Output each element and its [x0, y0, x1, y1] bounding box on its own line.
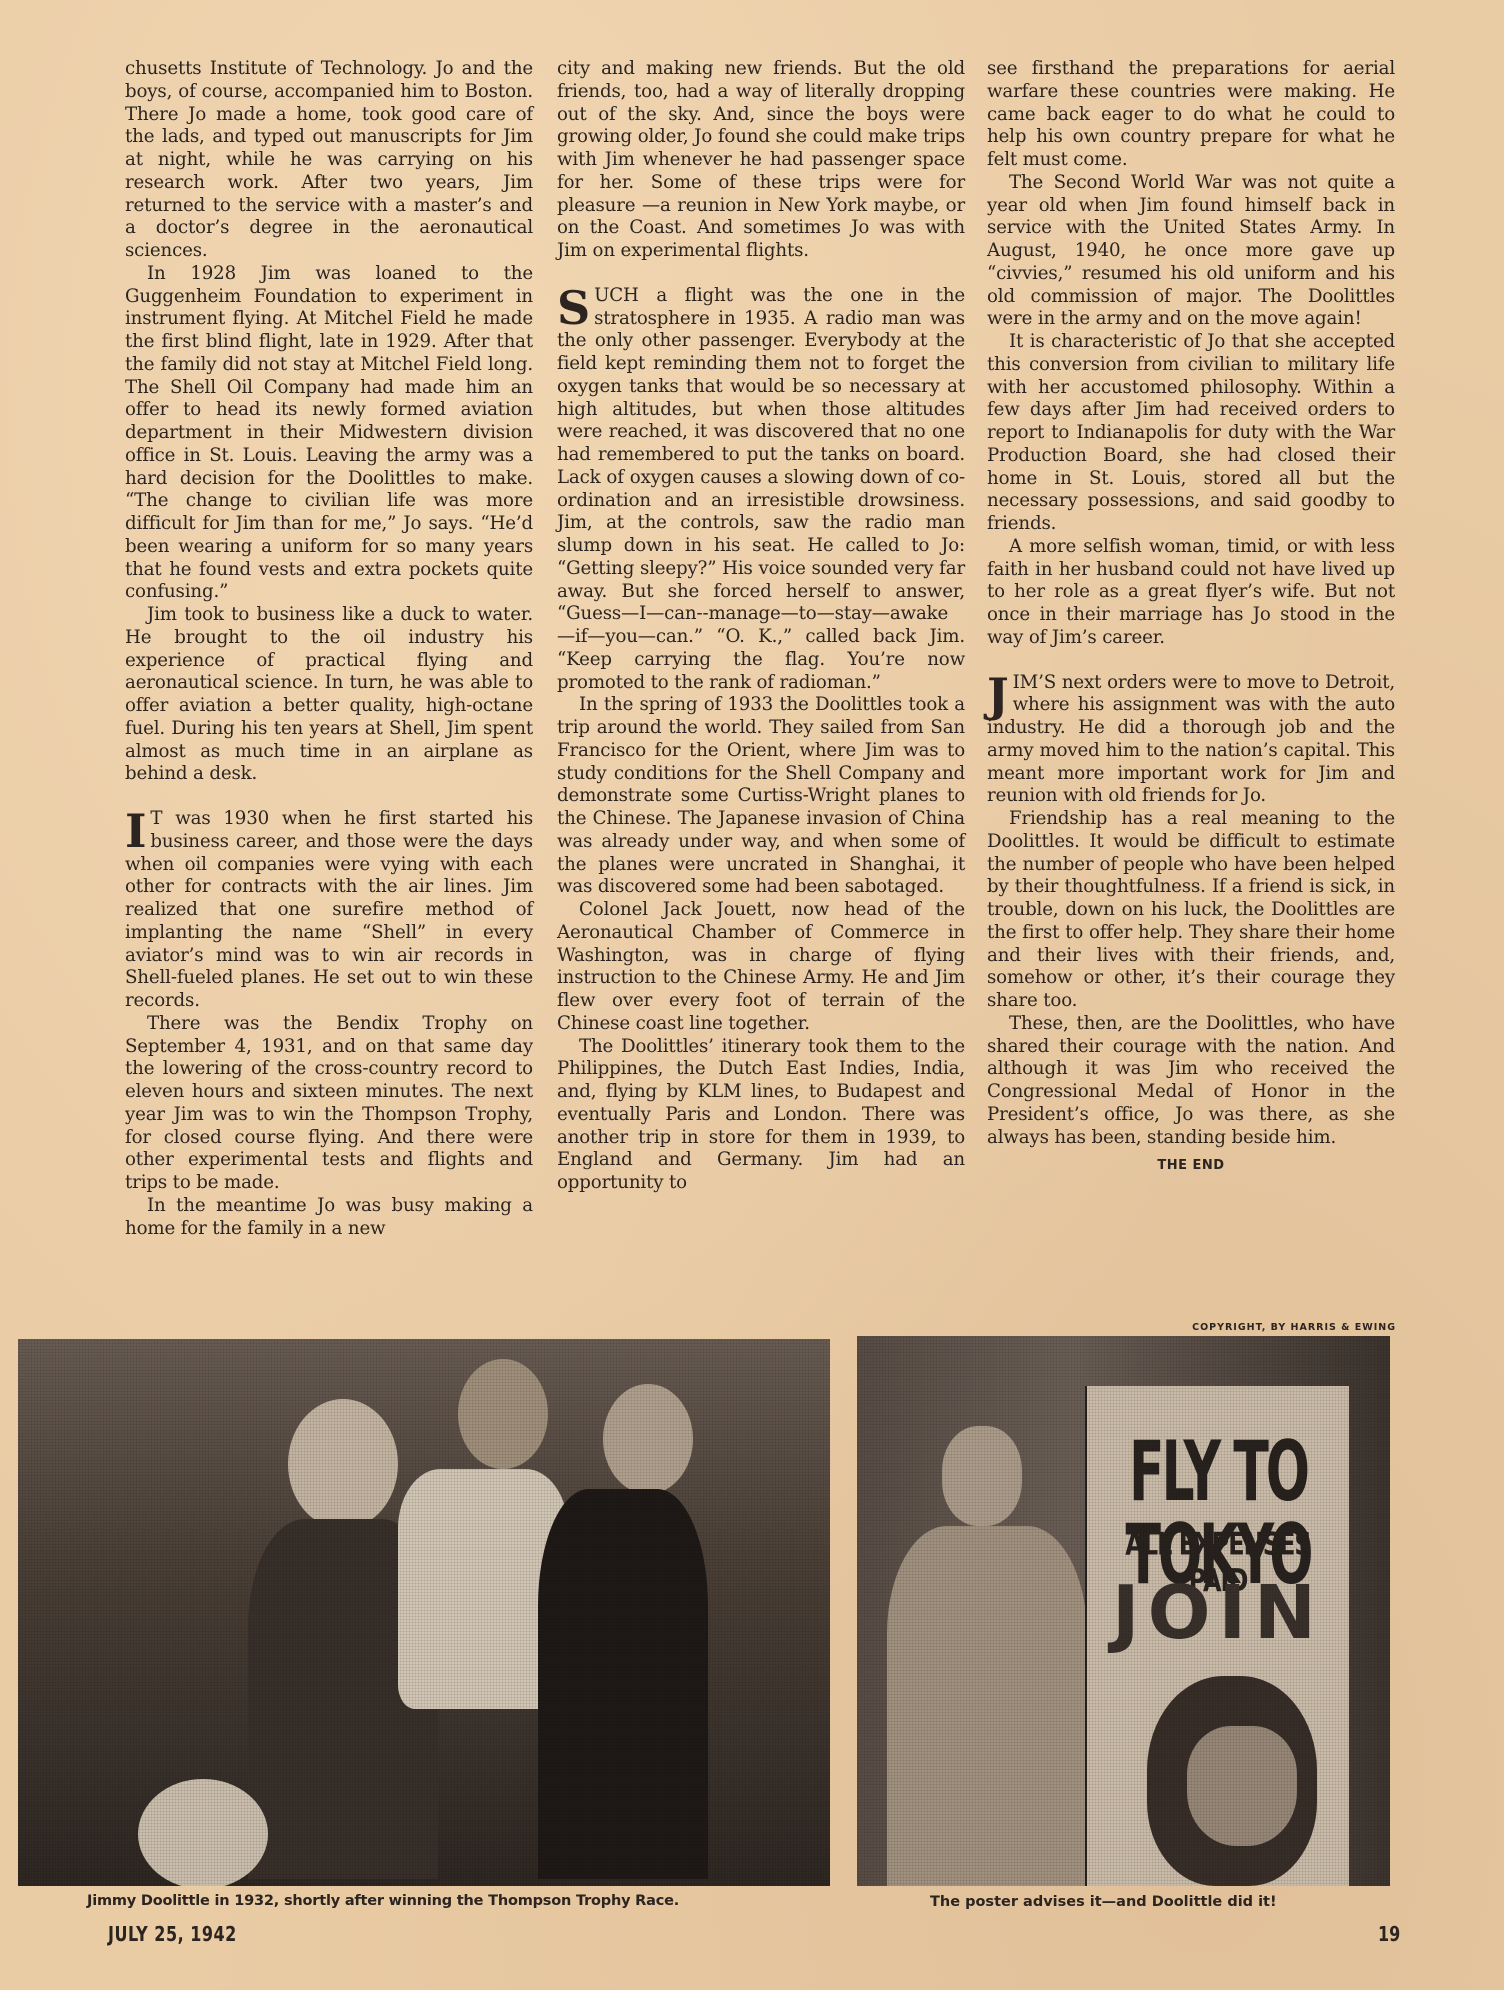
photo-caption-right: The poster advises it—and Doolittle did … [930, 1894, 1277, 1910]
paragraph: It is characteristic of Jo that she acce… [987, 331, 1395, 536]
page-number: 19 [1378, 1922, 1400, 1946]
section-opening-paragraph: SUCH a flight was the one in the stratos… [557, 285, 965, 695]
paragraph: chusetts Institute of Technology. Jo and… [125, 58, 533, 263]
drop-cap: J [987, 676, 1009, 714]
paragraph: city and making new friends. But the old… [557, 58, 965, 263]
the-end-label: THE END [987, 1155, 1395, 1178]
paragraph: A more selfish woman, timid, or with les… [987, 536, 1395, 650]
issue-date: JULY 25, 1942 [108, 1922, 237, 1946]
paragraph: In the spring of 1933 the Doolittles too… [557, 694, 965, 899]
drop-cap: I [125, 812, 146, 850]
paragraph: Friendship has a real meaning to the Doo… [987, 808, 1395, 1013]
paragraph: The Doolittles’ itinerary took them to t… [557, 1036, 965, 1195]
section-opening-paragraph: JIM’S next orders were to move to Detroi… [987, 672, 1395, 809]
paragraph: The Second World War was not quite a yea… [987, 172, 1395, 331]
photo-caption-left: Jimmy Doolittle in 1932, shortly after w… [87, 1893, 679, 1909]
article-column-1: chusetts Institute of Technology. Jo and… [125, 58, 533, 1240]
photo-copyright-credit: COPYRIGHT, BY HARRIS & EWING [1192, 1322, 1396, 1333]
paragraph: In the meantime Jo was busy making a hom… [125, 1195, 533, 1241]
drop-cap: S [557, 289, 590, 327]
article-column-2: city and making new friends. But the old… [557, 58, 965, 1195]
paragraph: Colonel Jack Jouett, now head of the Aer… [557, 899, 965, 1036]
article-column-3: see firsthand the preparations for aeria… [987, 58, 1395, 1178]
photo-doolittle-poster: FLY TO TOKYO ALL EXPENSES PAID JOIN [857, 1336, 1390, 1886]
paragraph: In 1928 Jim was loaned to the Guggenheim… [125, 263, 533, 604]
section-opening-paragraph: IT was 1930 when he first started his bu… [125, 808, 533, 1013]
paragraph: see firsthand the preparations for aeria… [987, 58, 1395, 172]
paragraph: There was the Bendix Trophy on September… [125, 1013, 533, 1195]
photo-doolittle-1932 [18, 1339, 830, 1886]
paragraph: Jim took to business like a duck to wate… [125, 604, 533, 786]
paragraph: These, then, are the Doolittles, who hav… [987, 1013, 1395, 1150]
